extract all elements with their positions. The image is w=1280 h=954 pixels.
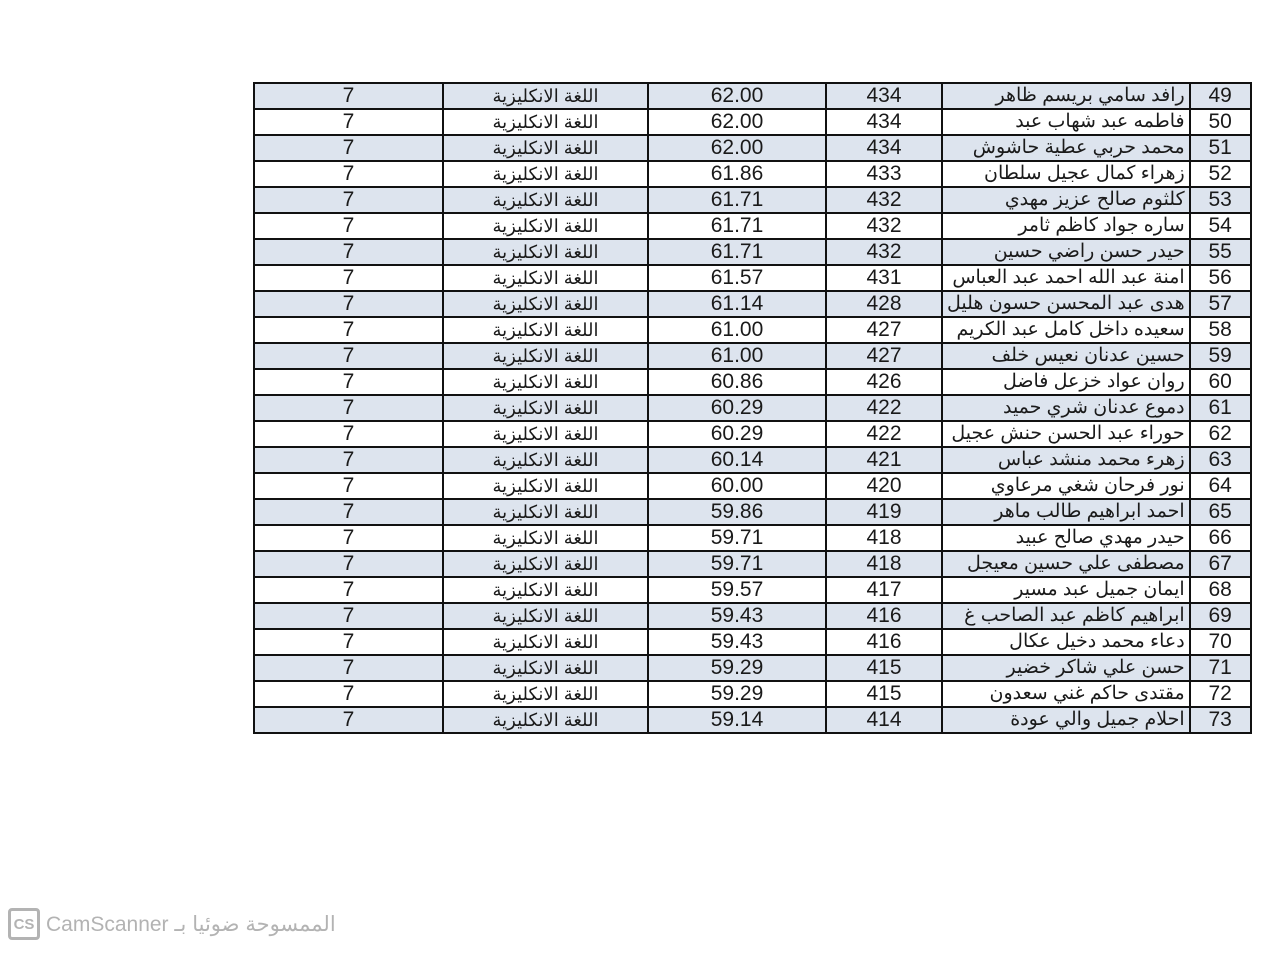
table-row: 7اللغة الانكليزية59.43416دعاء محمد دخيل … [254,629,1251,655]
total-cell: 433 [826,161,942,187]
results-table: 7اللغة الانكليزية62.00434رافد سامي بريسم… [253,82,1252,734]
sequence-cell: 60 [1190,369,1251,395]
grade-cell: 7 [254,525,443,551]
sequence-cell: 68 [1190,577,1251,603]
name-cell: احلام جميل والي عودة [942,707,1190,733]
name-cell: ابراهيم كاظم عبد الصاحب غ [942,603,1190,629]
sequence-cell: 69 [1190,603,1251,629]
subject-cell: اللغة الانكليزية [443,369,648,395]
name-cell: فاطمه عبد شهاب عبد [942,109,1190,135]
average-cell: 61.86 [648,161,826,187]
name-cell: حسن علي شاكر خضير [942,655,1190,681]
average-cell: 61.14 [648,291,826,317]
average-cell: 61.71 [648,239,826,265]
average-cell: 61.00 [648,343,826,369]
subject-cell: اللغة الانكليزية [443,629,648,655]
average-cell: 60.29 [648,421,826,447]
grade-cell: 7 [254,187,443,213]
table-row: 7اللغة الانكليزية61.57431امنة عبد الله ا… [254,265,1251,291]
sequence-cell: 67 [1190,551,1251,577]
table-row: 7اللغة الانكليزية61.00427سعيده داخل كامل… [254,317,1251,343]
name-cell: زهرء محمد منشد عباس [942,447,1190,473]
grade-cell: 7 [254,603,443,629]
average-cell: 61.71 [648,213,826,239]
average-cell: 59.86 [648,499,826,525]
table-row: 7اللغة الانكليزية59.29415مقتدى حاكم غني … [254,681,1251,707]
grade-cell: 7 [254,317,443,343]
table-row: 7اللغة الانكليزية60.00420نور فرحان شغي م… [254,473,1251,499]
subject-cell: اللغة الانكليزية [443,317,648,343]
table-row: 7اللغة الانكليزية61.86433زهراء كمال عجيل… [254,161,1251,187]
average-cell: 59.57 [648,577,826,603]
name-cell: ساره جواد كاظم ثامر [942,213,1190,239]
subject-cell: اللغة الانكليزية [443,681,648,707]
name-cell: حيدر حسن راضي حسين [942,239,1190,265]
average-cell: 62.00 [648,109,826,135]
total-cell: 422 [826,395,942,421]
subject-cell: اللغة الانكليزية [443,343,648,369]
camscanner-logo-icon: CS [8,908,40,940]
sequence-cell: 58 [1190,317,1251,343]
subject-cell: اللغة الانكليزية [443,187,648,213]
grade-cell: 7 [254,265,443,291]
total-cell: 420 [826,473,942,499]
average-cell: 61.57 [648,265,826,291]
table-row: 7اللغة الانكليزية59.57417ايمان جميل عبد … [254,577,1251,603]
subject-cell: اللغة الانكليزية [443,447,648,473]
average-cell: 61.00 [648,317,826,343]
sequence-cell: 63 [1190,447,1251,473]
subject-cell: اللغة الانكليزية [443,603,648,629]
total-cell: 421 [826,447,942,473]
table-row: 7اللغة الانكليزية62.00434فاطمه عبد شهاب … [254,109,1251,135]
sequence-cell: 53 [1190,187,1251,213]
table-row: 7اللغة الانكليزية60.14421زهرء محمد منشد … [254,447,1251,473]
grade-cell: 7 [254,655,443,681]
average-cell: 59.71 [648,551,826,577]
sequence-cell: 72 [1190,681,1251,707]
camscanner-watermark: CS الممسوحة ضوئيا بـ CamScanner [8,908,336,940]
grade-cell: 7 [254,421,443,447]
total-cell: 415 [826,681,942,707]
grade-cell: 7 [254,83,443,109]
sequence-cell: 71 [1190,655,1251,681]
name-cell: زهراء كمال عجيل سلطان [942,161,1190,187]
total-cell: 432 [826,213,942,239]
grade-cell: 7 [254,681,443,707]
average-cell: 62.00 [648,135,826,161]
average-cell: 60.29 [648,395,826,421]
grade-cell: 7 [254,577,443,603]
total-cell: 426 [826,369,942,395]
sequence-cell: 52 [1190,161,1251,187]
name-cell: روان عواد خزعل فاضل [942,369,1190,395]
total-cell: 416 [826,629,942,655]
subject-cell: اللغة الانكليزية [443,395,648,421]
total-cell: 422 [826,421,942,447]
subject-cell: اللغة الانكليزية [443,83,648,109]
name-cell: حيدر مهدي صالح عبيد [942,525,1190,551]
name-cell: كلثوم صالح عزيز مهدي [942,187,1190,213]
name-cell: نور فرحان شغي مرعاوي [942,473,1190,499]
subject-cell: اللغة الانكليزية [443,213,648,239]
grade-cell: 7 [254,551,443,577]
sequence-cell: 51 [1190,135,1251,161]
name-cell: هدى عبد المحسن حسون هليل [942,291,1190,317]
name-cell: مقتدى حاكم غني سعدون [942,681,1190,707]
table-row: 7اللغة الانكليزية59.86419احمد ابراهيم طا… [254,499,1251,525]
table-row: 7اللغة الانكليزية61.71432كلثوم صالح عزيز… [254,187,1251,213]
subject-cell: اللغة الانكليزية [443,499,648,525]
subject-cell: اللغة الانكليزية [443,473,648,499]
average-cell: 59.43 [648,603,826,629]
table-row: 7اللغة الانكليزية61.71432ساره جواد كاظم … [254,213,1251,239]
total-cell: 418 [826,525,942,551]
sequence-cell: 66 [1190,525,1251,551]
watermark-text: الممسوحة ضوئيا بـ CamScanner [46,912,336,937]
sequence-cell: 54 [1190,213,1251,239]
subject-cell: اللغة الانكليزية [443,525,648,551]
sequence-cell: 50 [1190,109,1251,135]
subject-cell: اللغة الانكليزية [443,655,648,681]
total-cell: 419 [826,499,942,525]
total-cell: 415 [826,655,942,681]
name-cell: سعيده داخل كامل عبد الكريم [942,317,1190,343]
total-cell: 427 [826,343,942,369]
table-row: 7اللغة الانكليزية61.00427حسين عدنان نعيس… [254,343,1251,369]
grade-cell: 7 [254,343,443,369]
name-cell: محمد حربي عطية حاشوش [942,135,1190,161]
table-row: 7اللغة الانكليزية60.29422حوراء عبد الحسن… [254,421,1251,447]
sequence-cell: 56 [1190,265,1251,291]
average-cell: 59.14 [648,707,826,733]
name-cell: احمد ابراهيم طالب ماهر [942,499,1190,525]
grade-cell: 7 [254,213,443,239]
table-row: 7اللغة الانكليزية61.71432حيدر حسن راضي ح… [254,239,1251,265]
table-row: 7اللغة الانكليزية59.43416ابراهيم كاظم عب… [254,603,1251,629]
sequence-cell: 57 [1190,291,1251,317]
grade-cell: 7 [254,369,443,395]
sequence-cell: 55 [1190,239,1251,265]
grade-cell: 7 [254,109,443,135]
total-cell: 432 [826,239,942,265]
name-cell: رافد سامي بريسم ظاهر [942,83,1190,109]
grade-cell: 7 [254,707,443,733]
subject-cell: اللغة الانكليزية [443,135,648,161]
sequence-cell: 65 [1190,499,1251,525]
subject-cell: اللغة الانكليزية [443,291,648,317]
sequence-cell: 49 [1190,83,1251,109]
name-cell: دموع عدنان شري حميد [942,395,1190,421]
average-cell: 59.71 [648,525,826,551]
name-cell: مصطفى علي حسين معيجل [942,551,1190,577]
grade-cell: 7 [254,161,443,187]
grade-cell: 7 [254,135,443,161]
average-cell: 60.00 [648,473,826,499]
table-row: 7اللغة الانكليزية59.14414احلام جميل والي… [254,707,1251,733]
grade-cell: 7 [254,239,443,265]
total-cell: 434 [826,83,942,109]
name-cell: ايمان جميل عبد مسير [942,577,1190,603]
total-cell: 427 [826,317,942,343]
grade-cell: 7 [254,499,443,525]
average-cell: 60.86 [648,369,826,395]
name-cell: حسين عدنان نعيس خلف [942,343,1190,369]
total-cell: 418 [826,551,942,577]
subject-cell: اللغة الانكليزية [443,551,648,577]
total-cell: 432 [826,187,942,213]
sequence-cell: 64 [1190,473,1251,499]
sequence-cell: 70 [1190,629,1251,655]
total-cell: 434 [826,135,942,161]
total-cell: 417 [826,577,942,603]
table-row: 7اللغة الانكليزية59.29415حسن علي شاكر خض… [254,655,1251,681]
total-cell: 428 [826,291,942,317]
name-cell: دعاء محمد دخيل عكال [942,629,1190,655]
average-cell: 60.14 [648,447,826,473]
average-cell: 59.43 [648,629,826,655]
name-cell: امنة عبد الله احمد عبد العباس [942,265,1190,291]
grade-cell: 7 [254,473,443,499]
table-row: 7اللغة الانكليزية59.71418مصطفى علي حسين … [254,551,1251,577]
subject-cell: اللغة الانكليزية [443,421,648,447]
average-cell: 62.00 [648,83,826,109]
total-cell: 416 [826,603,942,629]
table-row: 7اللغة الانكليزية59.71418حيدر مهدي صالح … [254,525,1251,551]
subject-cell: اللغة الانكليزية [443,265,648,291]
grade-cell: 7 [254,395,443,421]
table-row: 7اللغة الانكليزية60.29422دموع عدنان شري … [254,395,1251,421]
sequence-cell: 59 [1190,343,1251,369]
name-cell: حوراء عبد الحسن حنش عجيل [942,421,1190,447]
average-cell: 59.29 [648,681,826,707]
total-cell: 434 [826,109,942,135]
subject-cell: اللغة الانكليزية [443,577,648,603]
sequence-cell: 73 [1190,707,1251,733]
table-row: 7اللغة الانكليزية62.00434محمد حربي عطية … [254,135,1251,161]
table-row: 7اللغة الانكليزية61.14428هدى عبد المحسن … [254,291,1251,317]
subject-cell: اللغة الانكليزية [443,109,648,135]
sequence-cell: 62 [1190,421,1251,447]
subject-cell: اللغة الانكليزية [443,161,648,187]
grade-cell: 7 [254,291,443,317]
table-row: 7اللغة الانكليزية62.00434رافد سامي بريسم… [254,83,1251,109]
average-cell: 59.29 [648,655,826,681]
sequence-cell: 61 [1190,395,1251,421]
average-cell: 61.71 [648,187,826,213]
subject-cell: اللغة الانكليزية [443,707,648,733]
grade-cell: 7 [254,447,443,473]
subject-cell: اللغة الانكليزية [443,239,648,265]
grade-cell: 7 [254,629,443,655]
total-cell: 431 [826,265,942,291]
table-row: 7اللغة الانكليزية60.86426روان عواد خزعل … [254,369,1251,395]
total-cell: 414 [826,707,942,733]
